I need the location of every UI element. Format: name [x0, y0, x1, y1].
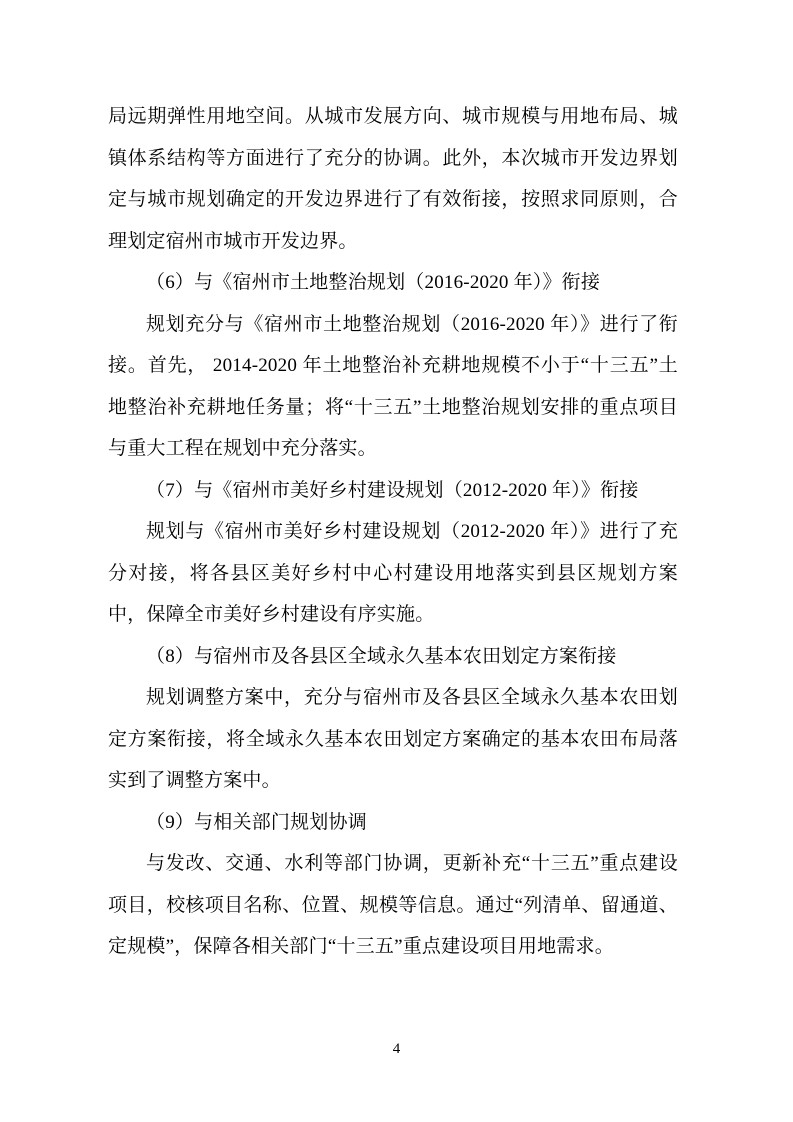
paragraph-section-8: 规划调整方案中，充分与宿州市及各县区全域永久基本农田划定方案衔接，将全域永久基本… — [108, 677, 678, 802]
heading-section-6: （6）与《宿州市土地整治规划（2016-2020 年）》衔接 — [108, 262, 678, 304]
document-body: 局远期弹性用地空间。从城市发展方向、城市规模与用地布局、城镇体系结构等方面进行了… — [108, 96, 678, 968]
heading-section-8: （8）与宿州市及各县区全域永久基本农田划定方案衔接 — [108, 636, 678, 678]
paragraph-continued: 局远期弹性用地空间。从城市发展方向、城市规模与用地布局、城镇体系结构等方面进行了… — [108, 96, 678, 262]
page-footer: 4 — [0, 1038, 793, 1060]
document-page: 局远期弹性用地空间。从城市发展方向、城市规模与用地布局、城镇体系结构等方面进行了… — [0, 0, 793, 1122]
paragraph-section-9: 与发改、交通、水利等部门协调，更新补充“十三五”重点建设项目，校核项目名称、位置… — [108, 843, 678, 968]
paragraph-section-6: 规划充分与《宿州市土地整治规划（2016-2020 年）》进行了衔接。首先， 2… — [108, 304, 678, 470]
page-number: 4 — [393, 1041, 401, 1057]
heading-section-9: （9）与相关部门规划协调 — [108, 802, 678, 844]
paragraph-section-7: 规划与《宿州市美好乡村建设规划（2012-2020 年）》进行了充分对接，将各县… — [108, 511, 678, 636]
heading-section-7: （7）与《宿州市美好乡村建设规划（2012-2020 年）》衔接 — [108, 470, 678, 512]
